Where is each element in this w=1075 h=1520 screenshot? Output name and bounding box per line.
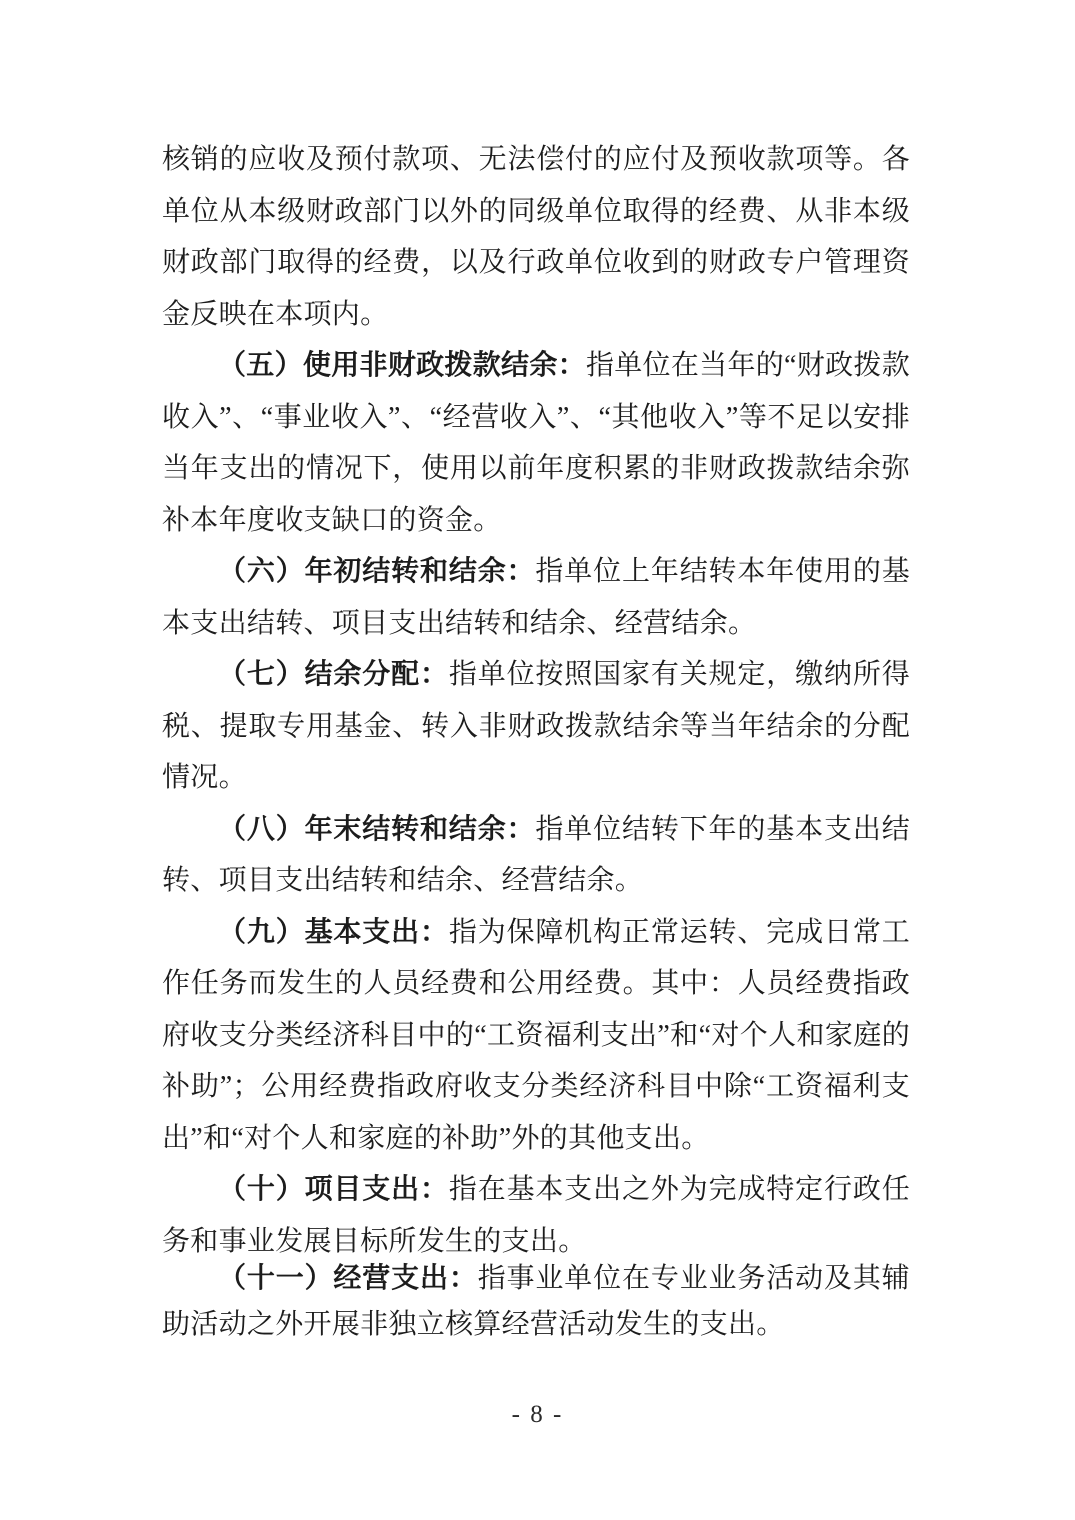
paragraph: （七）结余分配：指单位按照国家有关规定，缴纳所得税、提取专用基金、转入非财政拨款…: [162, 649, 910, 804]
term-definition: 指为保障机构正常运转、完成日常工作任务而发生的人员经费和公用经费。其中：人员经费…: [162, 917, 910, 1154]
paragraph: （十）项目支出：指在基本支出之外为完成特定行政任务和事业发展目标所发生的支出。: [162, 1164, 910, 1267]
paragraph: （八）年末结转和结余：指单位结转下年的基本支出结转、项目支出结转和结余、经营结余…: [162, 804, 910, 907]
term-heading: （十）项目支出：: [218, 1174, 449, 1205]
term-heading: （七）结余分配：: [218, 659, 449, 690]
term-heading: （八）年末结转和结余：: [218, 814, 535, 845]
paragraph: （六）年初结转和结余：指单位上年结转本年使用的基本支出结转、项目支出结转和结余、…: [162, 546, 910, 649]
page-number: - 8 -: [0, 1400, 1075, 1430]
term-heading: （六）年初结转和结余：: [218, 556, 535, 587]
paragraph: 核销的应收及预付款项、无法偿付的应付及预收款项等。各单位从本级财政部门以外的同级…: [162, 134, 910, 340]
term-heading: （九）基本支出：: [218, 917, 449, 948]
paragraph: （十一）经营支出：指事业单位在专业业务活动及其辅助活动之外开展非独立核算经营活动…: [162, 1256, 910, 1348]
term-heading: （十一）经营支出：: [218, 1263, 478, 1294]
paragraph: （九）基本支出：指为保障机构正常运转、完成日常工作任务而发生的人员经费和公用经费…: [162, 907, 910, 1165]
document-page: 核销的应收及预付款项、无法偿付的应付及预收款项等。各单位从本级财政部门以外的同级…: [0, 0, 1075, 1520]
term-heading: （五）使用非财政拨款结余：: [218, 350, 586, 381]
document-body: 核销的应收及预付款项、无法偿付的应付及预收款项等。各单位从本级财政部门以外的同级…: [162, 134, 910, 1348]
paragraph: （五）使用非财政拨款结余：指单位在当年的“财政拨款收入”、“事业收入”、“经营收…: [162, 340, 910, 546]
term-definition: 核销的应收及预付款项、无法偿付的应付及预收款项等。各单位从本级财政部门以外的同级…: [162, 144, 910, 330]
